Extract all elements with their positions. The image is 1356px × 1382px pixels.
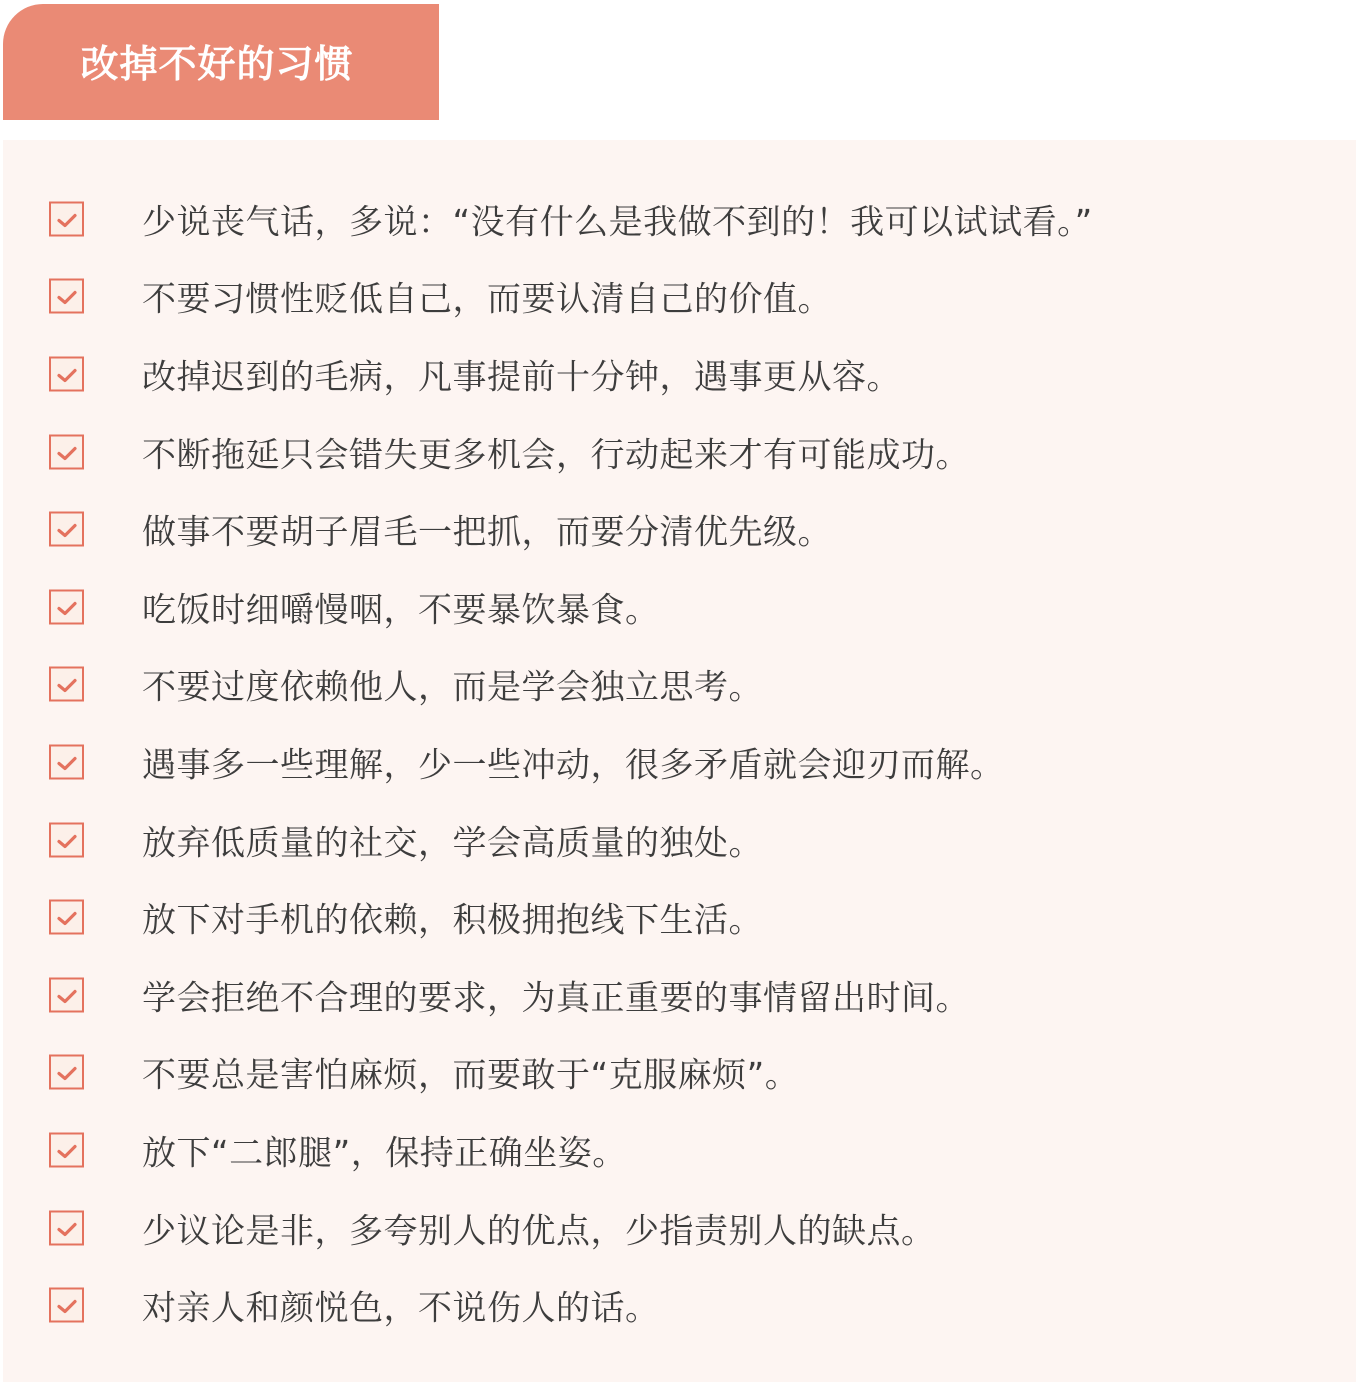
checkbox-checked-icon[interactable] [49,201,84,236]
list-item-label: 不要过度依赖他人，而是学会独立思考。 [142,660,763,709]
list-item-label: 不要总是害怕麻烦，而要敢于“克服麻烦”。 [142,1048,799,1097]
list-item: 放弃低质量的社交，学会高质量的独处。 [3,801,1356,879]
list-item: 不要总是害怕麻烦，而要敢于“克服麻烦”。 [3,1034,1356,1112]
list-item-label: 放下对手机的依赖，积极拥抱线下生活。 [142,893,763,942]
list-item: 做事不要胡子眉毛一把抓，而要分清优先级。 [3,490,1356,568]
list-item: 吃饭时细嚼慢咽，不要暴饮暴食。 [3,568,1356,646]
checkbox-checked-icon[interactable] [49,434,84,469]
list-item: 改掉迟到的毛病，凡事提前十分钟，遇事更从容。 [3,335,1356,413]
header-banner: 改掉不好的习惯 [3,4,439,120]
list-item: 不要习惯性贬低自己，而要认清自己的价值。 [3,258,1356,336]
checkbox-checked-icon[interactable] [49,1132,84,1167]
checkbox-checked-icon[interactable] [49,744,84,779]
list-item: 对亲人和颜悦色，不说伤人的话。 [3,1266,1356,1344]
checkbox-checked-icon[interactable] [49,667,84,702]
list-item: 不要过度依赖他人，而是学会独立思考。 [3,646,1356,724]
list-item-label: 遇事多一些理解，少一些冲动，很多矛盾就会迎刃而解。 [142,737,1005,786]
checklist-panel: 少说丧气话，多说：“没有什么是我做不到的！我可以试试看。” 不要习惯性贬低自己，… [3,140,1356,1382]
checkbox-checked-icon[interactable] [49,1288,84,1323]
list-item: 少说丧气话，多说：“没有什么是我做不到的！我可以试试看。” [3,180,1356,258]
list-item: 遇事多一些理解，少一些冲动，很多矛盾就会迎刃而解。 [3,723,1356,801]
checkbox-checked-icon[interactable] [49,1055,84,1090]
checkbox-checked-icon[interactable] [49,279,84,314]
checkbox-checked-icon[interactable] [49,822,84,857]
list-item-label: 放弃低质量的社交，学会高质量的独处。 [142,815,763,864]
list-item: 学会拒绝不合理的要求，为真正重要的事情留出时间。 [3,956,1356,1034]
list-item: 放下对手机的依赖，积极拥抱线下生活。 [3,878,1356,956]
checkbox-checked-icon[interactable] [49,977,84,1012]
checkbox-checked-icon[interactable] [49,1210,84,1245]
list-item-label: 放下“二郎腿”，保持正确坐姿。 [142,1125,627,1174]
list-item: 放下“二郎腿”，保持正确坐姿。 [3,1111,1356,1189]
list-item-label: 学会拒绝不合理的要求，为真正重要的事情留出时间。 [142,970,970,1019]
list-item-label: 对亲人和颜悦色，不说伤人的话。 [142,1281,660,1330]
checkbox-checked-icon[interactable] [49,356,84,391]
list-item-label: 改掉迟到的毛病，凡事提前十分钟，遇事更从容。 [142,349,901,398]
list-item-label: 不要习惯性贬低自己，而要认清自己的价值。 [142,272,832,321]
list-item: 不断拖延只会错失更多机会，行动起来才有可能成功。 [3,413,1356,491]
list-item-label: 少说丧气话，多说：“没有什么是我做不到的！我可以试试看。” [142,194,1093,243]
checklist: 少说丧气话，多说：“没有什么是我做不到的！我可以试试看。” 不要习惯性贬低自己，… [3,180,1356,1344]
checkbox-checked-icon[interactable] [49,900,84,935]
checkbox-checked-icon[interactable] [49,589,84,624]
list-item-label: 少议论是非，多夸别人的优点，少指责别人的缺点。 [142,1203,936,1252]
page-title: 改掉不好的习惯 [80,33,353,88]
list-item-label: 吃饭时细嚼慢咽，不要暴饮暴食。 [142,582,660,631]
list-item-label: 做事不要胡子眉毛一把抓，而要分清优先级。 [142,505,832,554]
list-item: 少议论是非，多夸别人的优点，少指责别人的缺点。 [3,1189,1356,1267]
checkbox-checked-icon[interactable] [49,512,84,547]
list-item-label: 不断拖延只会错失更多机会，行动起来才有可能成功。 [142,427,970,476]
